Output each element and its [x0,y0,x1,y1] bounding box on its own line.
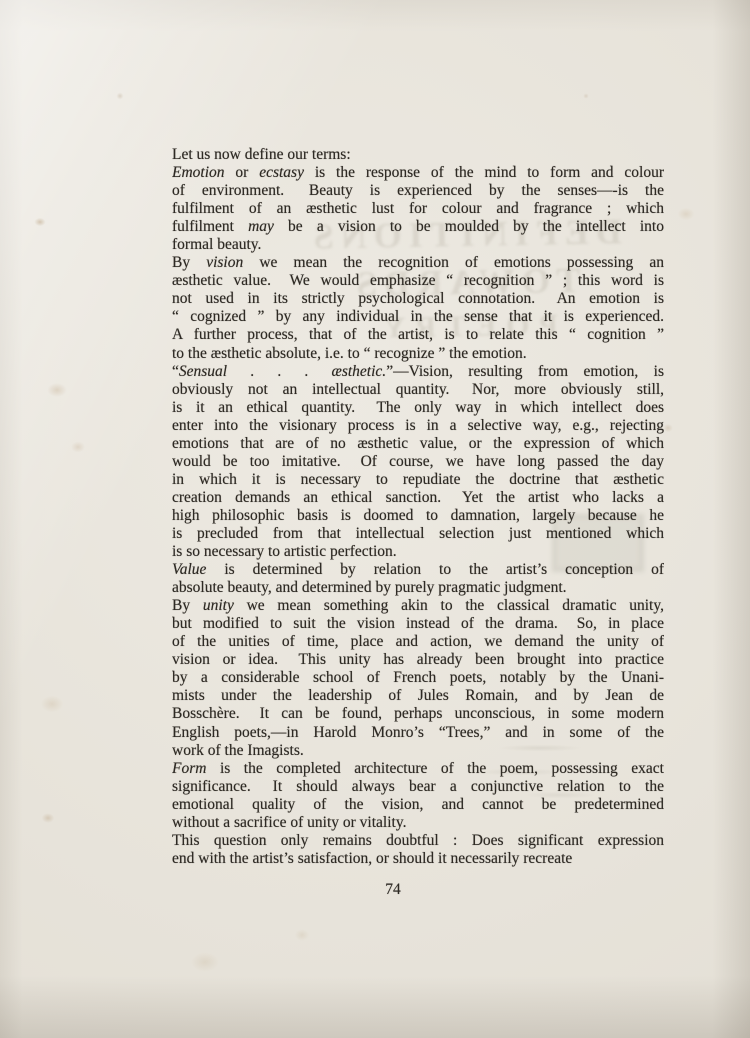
text-line: By unity we mean something akin to the c… [172,597,664,615]
text-line: æsthetic value. We would emphasize “ rec… [172,272,664,290]
text-line: of environment. Beauty is experienced by… [172,182,664,200]
text-line: in which it is necessary to repudiate th… [172,471,664,489]
text-line: without a sacrifice of unity or vitality… [172,814,664,832]
text-line: end with the artist’s satisfaction, or s… [172,850,664,868]
page-text: Let us now define our terms:Emotion or e… [172,146,664,868]
text-line: work of the Imagists. [172,742,664,760]
text-line: A further process, that of the artist, i… [172,326,664,344]
text-line: “ cognized ” by any individual in the se… [172,308,664,326]
text-line: emotions that are of no æsthetic value, … [172,435,664,453]
text-line: formal beauty. [172,236,664,254]
text-line: high philosophic basis is doomed to damn… [172,507,664,525]
text-line: “Sensual . . . æsthetic.”—Vision, result… [172,363,664,381]
text-line: Form is the completed architecture of th… [172,760,664,778]
text-line: vision or idea. This unity has already b… [172,651,664,669]
page-number: 74 [340,881,446,899]
text-line: but modified to suit the vision instead … [172,615,664,633]
text-line: Value is determined by relation to the a… [172,561,664,579]
text-line: This question only remains doubtful : Do… [172,832,664,850]
text-line: mists under the leadership of Jules Roma… [172,687,664,705]
text-line: fulfilment of an æsthetic lust for colou… [172,200,664,218]
text-line: Let us now define our terms: [172,146,664,164]
text-line: Bosschère. It can be found, perhaps unco… [172,705,664,723]
text-line: By vision we mean the recognition of emo… [172,254,664,272]
text-line: to the æsthetic absolute, i.e. to “ reco… [172,345,664,363]
text-line: absolute beauty, and determined by purel… [172,579,664,597]
text-line: Emotion or ecstasy is the response of th… [172,164,664,182]
text-line: is it an ethical quantity. The only way … [172,399,664,417]
text-line: obviously not an intellectual quantity. … [172,381,664,399]
text-line: is so necessary to artistic perfection. [172,543,664,561]
text-line: enter into the visionary process is in a… [172,417,664,435]
text-line: of the unities of time, place and action… [172,633,664,651]
text-line: English poets,—in Harold Monro’s “Trees,… [172,724,664,742]
text-line: emotional quality of the vision, and can… [172,796,664,814]
text-line: significance. It should always bear a co… [172,778,664,796]
text-line: creation demands an ethical sanction. Ye… [172,489,664,507]
text-line: not used in its strictly psychological c… [172,290,664,308]
text-line: fulfilment may be a vision to be moulded… [172,218,664,236]
book-page: DEFINITIONS TOWARDS POETRY Let us now de… [0,0,750,1038]
text-line: by a considerable school of French poets… [172,669,664,687]
text-line: is precluded from that intellectual sele… [172,525,664,543]
text-line: would be too imitative. Of course, we ha… [172,453,664,471]
